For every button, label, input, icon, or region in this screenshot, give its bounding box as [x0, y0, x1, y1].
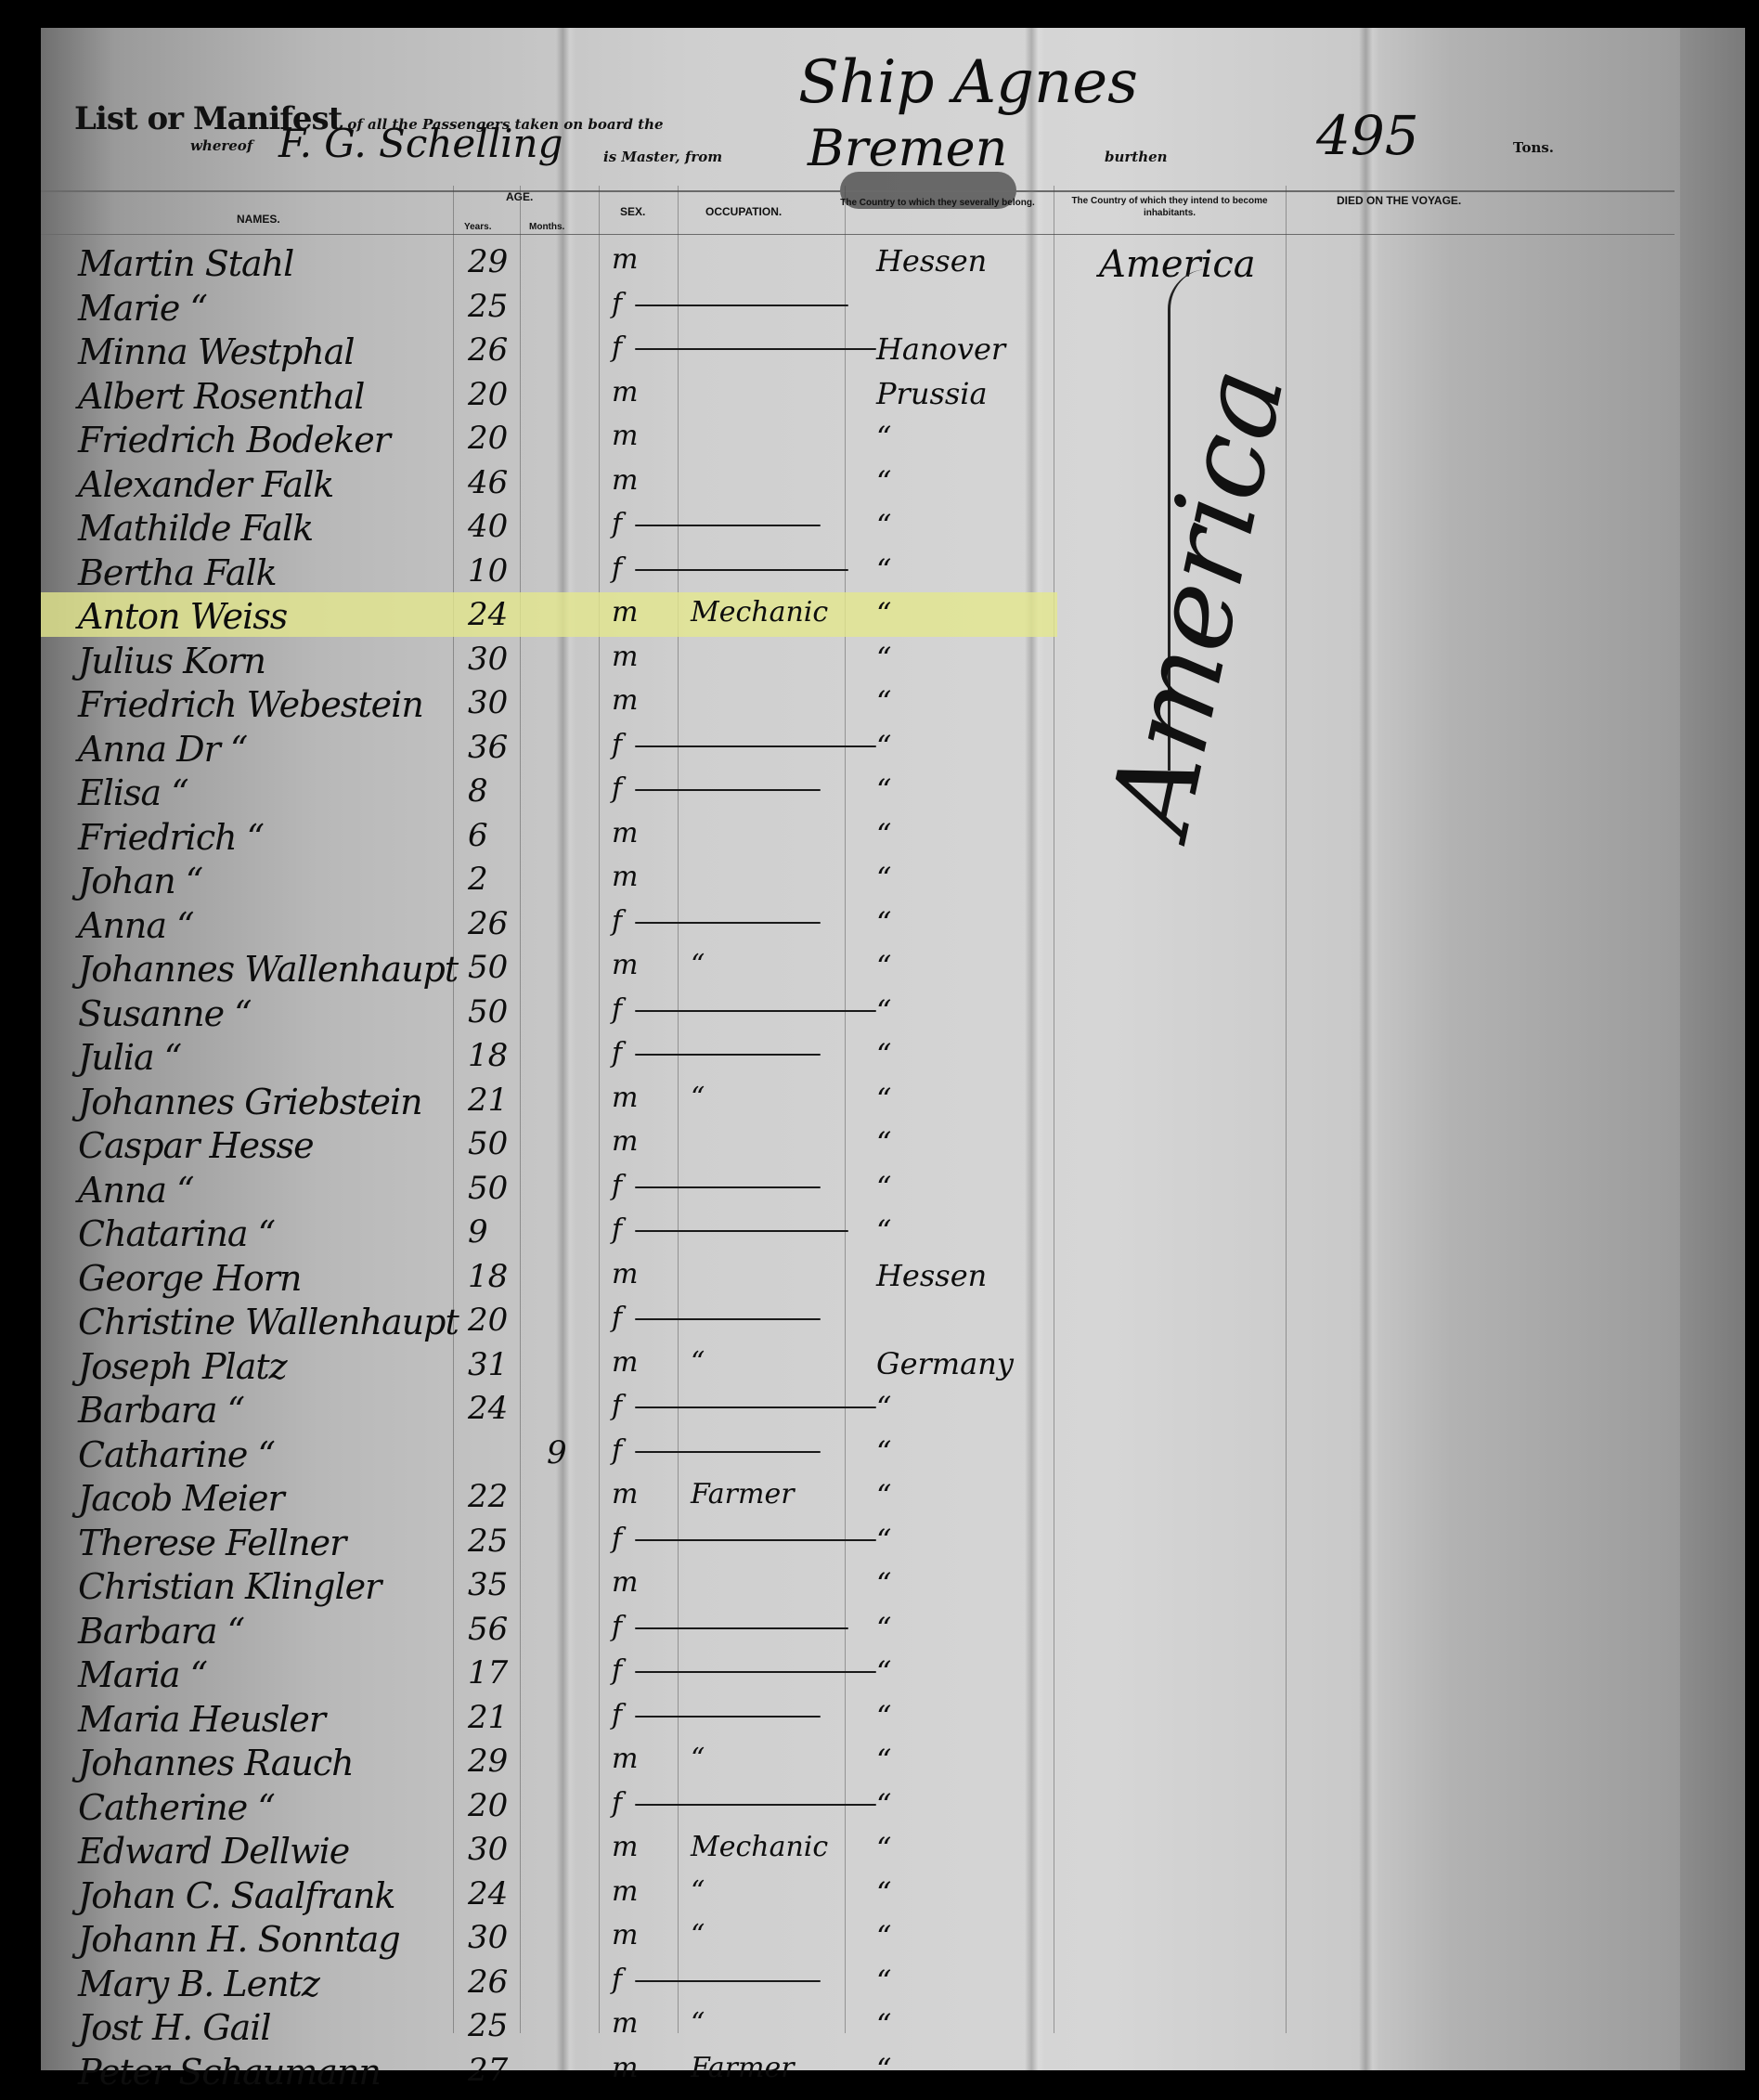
passenger-row[interactable]: Johann H. Sonntag 30 m “ “ [41, 1915, 1675, 1960]
passenger-country-from: Hessen [876, 243, 987, 279]
passenger-age-years: 50 [468, 993, 508, 1031]
passenger-country-from: “ [876, 1611, 891, 1646]
passenger-age-years: 21 [468, 1082, 508, 1119]
passenger-country-from: “ [876, 772, 891, 808]
passenger-row[interactable]: Caspar Hesse 50 m “ [41, 1121, 1675, 1166]
passenger-sex: m [612, 1831, 638, 1863]
passenger-name: Johannes Rauch [78, 1743, 354, 1783]
passenger-name: Mary B. Lentz [78, 1964, 319, 2004]
passenger-name: Johannes Wallenhaupt [78, 949, 458, 990]
passenger-row[interactable]: Barbara “ 56 f “ [41, 1607, 1675, 1652]
passenger-row[interactable]: Julius Korn 30 m “ [41, 637, 1675, 681]
passenger-row[interactable]: Therese Fellner 25 f “ [41, 1519, 1675, 1563]
passenger-occupation: Mechanic [691, 1831, 828, 1863]
col-died: DIED ON THE VOYAGE. [1337, 195, 1461, 207]
ditto-line [635, 1318, 821, 1320]
passenger-age-years: 50 [468, 1125, 508, 1162]
burthen-label: burthen [1105, 149, 1168, 165]
passenger-age-years: 24 [468, 1875, 508, 1912]
passenger-age-years: 36 [468, 729, 508, 766]
passenger-country-from: “ [876, 1082, 891, 1117]
ditto-line [635, 1010, 876, 1012]
header-rule [41, 234, 1675, 235]
col-months: Months. [529, 221, 564, 233]
passenger-sex: f [612, 1523, 622, 1555]
passenger-sex: f [612, 729, 622, 761]
passenger-sex: m [612, 641, 638, 673]
ditto-line [635, 1671, 876, 1673]
passenger-age-years: 20 [468, 1302, 508, 1339]
col-country-inhabit: The Country of which they intend to beco… [1058, 195, 1281, 219]
passenger-name: Alexander Falk [78, 464, 333, 505]
passenger-country-from: “ [876, 1699, 891, 1734]
passenger-sex: f [612, 1611, 622, 1643]
passenger-row[interactable]: Anna Dr “ 36 f “ [41, 725, 1675, 770]
passenger-sex: f [612, 288, 622, 320]
passenger-name: Anna “ [78, 1170, 194, 1211]
passenger-country-from: “ [876, 1213, 891, 1249]
passenger-age-years: 18 [468, 1037, 508, 1074]
passenger-sex: m [612, 684, 638, 717]
passenger-sex: f [612, 1964, 622, 1996]
passenger-row[interactable]: Alexander Falk 46 m “ [41, 460, 1675, 505]
passenger-sex: m [612, 1743, 638, 1775]
passenger-sex: m [612, 949, 638, 981]
passenger-name: Christine Wallenhaupt [78, 1302, 459, 1342]
passenger-name: Barbara “ [78, 1390, 244, 1431]
passenger-country-from: “ [876, 1125, 891, 1160]
passenger-name: Julius Korn [78, 641, 265, 681]
passenger-country-from: “ [876, 508, 891, 543]
passenger-row[interactable]: Maria Heusler 21 f “ [41, 1695, 1675, 1740]
master-name: F. G. Schelling [278, 121, 563, 166]
passenger-age-years: 50 [468, 1170, 508, 1207]
passenger-age-years: 50 [468, 949, 508, 986]
passenger-age-years: 26 [468, 331, 508, 369]
passenger-sex: f [612, 1434, 622, 1467]
passenger-row[interactable]: Catherine “ 20 f “ [41, 1783, 1675, 1828]
ditto-line [635, 305, 848, 306]
passenger-country-from: “ [876, 1523, 891, 1558]
passenger-sex: m [612, 1875, 638, 1908]
passenger-country-from: “ [876, 817, 891, 852]
passenger-name: Edward Dellwie [78, 1831, 349, 1872]
passenger-country-from: “ [876, 1566, 891, 1601]
passenger-sex: f [612, 1699, 622, 1731]
passenger-row[interactable]: Johannes Griebstein 21 m “ “ [41, 1078, 1675, 1122]
passenger-age-years: 35 [468, 1566, 508, 1603]
ditto-line [635, 1627, 848, 1629]
passenger-country-from: “ [876, 596, 891, 631]
passenger-age-years: 20 [468, 420, 508, 457]
passenger-row[interactable]: Edward Dellwie 30 m Mechanic “ [41, 1827, 1675, 1872]
port-of-departure: Bremen [808, 119, 1007, 177]
ditto-line [635, 1230, 848, 1232]
ditto-line [635, 1406, 876, 1408]
passenger-age-years: 26 [468, 905, 508, 942]
is-master-label: is Master, from [603, 149, 722, 165]
passenger-name: Mathilde Falk [78, 508, 313, 549]
passenger-age-years: 2 [468, 861, 488, 898]
passenger-row[interactable]: Johan C. Saalfrank 24 m “ “ [41, 1872, 1675, 1916]
passenger-name: Bertha Falk [78, 552, 277, 593]
passenger-age-years: 56 [468, 1611, 508, 1648]
passenger-age-years: 40 [468, 508, 508, 545]
passenger-country-from: “ [876, 1390, 891, 1425]
passenger-age-years: 20 [468, 376, 508, 413]
passenger-name: Elisa “ [78, 772, 188, 813]
passenger-row[interactable]: Anton Weiss 24 m Mechanic “ [41, 592, 1057, 637]
whereof-label: whereof [190, 137, 252, 154]
passenger-country-from: “ [876, 1037, 891, 1072]
passenger-name: Barbara “ [78, 1611, 244, 1652]
passenger-age-years: 46 [468, 464, 508, 501]
passenger-name: Friedrich “ [78, 817, 264, 858]
passenger-country-from: “ [876, 1831, 891, 1866]
tonnage-value: 495 [1316, 104, 1419, 167]
passenger-name: Joseph Platz [78, 1346, 287, 1387]
passenger-row[interactable]: George Horn 18 m Hessen [41, 1254, 1675, 1299]
passenger-country-from: “ [876, 1170, 891, 1205]
passenger-sex: m [612, 2052, 638, 2084]
passenger-sex: m [612, 1082, 638, 1114]
passenger-name: Jacob Meier [78, 1478, 284, 1519]
passenger-name: Jost H. Gail [78, 2007, 271, 2048]
passenger-sex: f [612, 1170, 622, 1202]
passenger-name: Friedrich Bodeker [78, 420, 390, 460]
passenger-occupation: “ [691, 1875, 705, 1908]
passenger-name: Chatarina “ [78, 1213, 275, 1254]
passenger-country-from: Hanover [876, 331, 1005, 367]
passenger-country-from: “ [876, 464, 891, 499]
ditto-line [635, 569, 848, 571]
vessel-name: Ship Agnes [798, 48, 1138, 117]
col-names: NAMES. [237, 214, 280, 226]
ditto-line [635, 922, 821, 924]
passenger-name: Catharine “ [78, 1434, 275, 1475]
passenger-country-from: “ [876, 1787, 891, 1822]
passenger-country-from: “ [876, 2052, 891, 2087]
passenger-age-years: 25 [468, 288, 508, 325]
col-years: Years. [464, 221, 491, 233]
passenger-row[interactable]: Johannes Rauch 29 m “ “ [41, 1739, 1675, 1783]
passenger-sex: f [612, 1654, 622, 1687]
passenger-name: Johan C. Saalfrank [78, 1875, 395, 1916]
ditto-line [635, 348, 876, 350]
passenger-age-years: 29 [468, 1743, 508, 1780]
passenger-country-from: “ [876, 1743, 891, 1778]
passenger-row[interactable]: Minna Westphal 26 f Hanover [41, 328, 1675, 372]
passenger-age-years: 20 [468, 1787, 508, 1824]
passenger-country-from: “ [876, 905, 891, 940]
passenger-name: Anton Weiss [78, 596, 287, 637]
passenger-name: Anna “ [78, 905, 194, 946]
passenger-sex: f [612, 1390, 622, 1422]
passenger-row[interactable]: Johannes Wallenhaupt 50 m “ “ [41, 945, 1675, 990]
passenger-sex: f [612, 331, 622, 364]
passenger-age-years: 30 [468, 684, 508, 721]
passenger-occupation: Farmer [691, 2052, 795, 2084]
passenger-country-to: America [1099, 243, 1256, 286]
ditto-line [635, 745, 876, 747]
ditto-line [635, 1716, 821, 1718]
passenger-country-from: Hessen [876, 1258, 987, 1293]
passenger-name: Friedrich Webestein [78, 684, 423, 725]
passenger-occupation: Mechanic [691, 596, 828, 629]
passenger-row[interactable]: Barbara “ 24 f “ [41, 1386, 1675, 1431]
passenger-occupation: “ [691, 2007, 705, 2040]
passenger-sex: m [612, 817, 638, 849]
col-occupation: OCCUPATION. [705, 206, 782, 218]
passenger-name: Christian Klingler [78, 1566, 381, 1607]
passenger-list: Martin Stahl 29 m Hessen America Marie “… [41, 240, 1675, 2092]
passenger-row[interactable]: Martin Stahl 29 m Hessen America [41, 240, 1675, 284]
ditto-line [635, 1186, 821, 1188]
passenger-name: Johan “ [78, 861, 202, 901]
passenger-name: Julia “ [78, 1037, 181, 1078]
passenger-row[interactable]: Susanne “ 50 f “ [41, 990, 1675, 1034]
passenger-row[interactable]: Mathilde Falk 40 f “ [41, 504, 1675, 549]
passenger-sex: m [612, 464, 638, 497]
passenger-row[interactable]: Chatarina “ 9 f “ [41, 1210, 1675, 1254]
passenger-age-years: 29 [468, 243, 508, 280]
passenger-country-from: Germany [876, 1346, 1014, 1381]
passenger-sex: m [612, 376, 638, 408]
passenger-sex: m [612, 420, 638, 452]
passenger-sex: m [612, 1258, 638, 1290]
passenger-sex: m [612, 596, 638, 629]
passenger-country-from: “ [876, 1964, 891, 1999]
passenger-name: George Horn [78, 1258, 301, 1299]
passenger-sex: m [612, 1566, 638, 1599]
ditto-line [635, 525, 821, 526]
passenger-age-years: 8 [468, 772, 488, 810]
passenger-row[interactable]: Anna “ 26 f “ [41, 901, 1675, 946]
passenger-age-years: 17 [468, 1654, 508, 1692]
passenger-country-from: “ [876, 949, 891, 984]
passenger-country-from: “ [876, 420, 891, 455]
passenger-age-years: 25 [468, 1523, 508, 1560]
passenger-occupation: Farmer [691, 1478, 795, 1510]
passenger-occupation: “ [691, 949, 705, 981]
passenger-sex: m [612, 861, 638, 893]
passenger-name: Anna Dr “ [78, 729, 247, 770]
passenger-row[interactable]: Anna “ 50 f “ [41, 1166, 1675, 1211]
passenger-occupation: “ [691, 1743, 705, 1775]
passenger-country-from: “ [876, 552, 891, 588]
passenger-name: Albert Rosenthal [78, 376, 364, 417]
passenger-country-from: “ [876, 993, 891, 1029]
passenger-age-years: 30 [468, 1919, 508, 1956]
passenger-row[interactable]: Catharine “ 9 f “ [41, 1431, 1675, 1475]
passenger-name: Susanne “ [78, 993, 252, 1034]
passenger-name: Therese Fellner [78, 1523, 345, 1563]
passenger-row[interactable]: Mary B. Lentz 26 f “ [41, 1960, 1675, 2004]
tons-label: Tons. [1513, 139, 1554, 156]
passenger-country-from: “ [876, 729, 891, 764]
passenger-row[interactable]: Johan “ 2 m “ [41, 857, 1675, 901]
passenger-name: Johannes Griebstein [78, 1082, 422, 1122]
ditto-line [635, 1451, 821, 1453]
passenger-row[interactable]: Jost H. Gail 25 m “ “ [41, 2003, 1675, 2048]
passenger-sex: f [612, 508, 622, 540]
passenger-age-years: 30 [468, 1831, 508, 1868]
passenger-name: Martin Stahl [78, 243, 293, 284]
passenger-row[interactable]: Friedrich “ 6 m “ [41, 813, 1675, 858]
passenger-sex: f [612, 1302, 622, 1334]
passenger-country-from: “ [876, 641, 891, 676]
passenger-row[interactable]: Elisa “ 8 f “ [41, 769, 1675, 813]
passenger-country-from: Prussia [876, 376, 988, 411]
passenger-age-years: 9 [468, 1213, 488, 1251]
passenger-country-from: “ [876, 1919, 891, 1954]
passenger-occupation: “ [691, 1346, 705, 1379]
passenger-age-years: 22 [468, 1478, 508, 1515]
passenger-row[interactable]: Marie “ 25 f [41, 284, 1675, 329]
passenger-name: Maria “ [78, 1654, 207, 1695]
passenger-name: Minna Westphal [78, 331, 355, 372]
passenger-name: Marie “ [78, 288, 207, 329]
passenger-country-from: “ [876, 1875, 891, 1911]
passenger-country-from: “ [876, 1434, 891, 1470]
ditto-line [635, 1804, 876, 1806]
passenger-name: Peter Schaumann [78, 2052, 381, 2093]
passenger-age-years: 24 [468, 1390, 508, 1427]
passenger-sex: m [612, 1346, 638, 1379]
passenger-age-years: 27 [468, 2052, 508, 2089]
passenger-sex: m [612, 2007, 638, 2040]
passenger-sex: f [612, 552, 622, 585]
ditto-line [635, 1054, 821, 1056]
passenger-sex: f [612, 1787, 622, 1820]
passenger-age-years: 24 [468, 596, 508, 633]
passenger-occupation: “ [691, 1919, 705, 1951]
passenger-country-from: “ [876, 1654, 891, 1690]
passenger-name: Catherine “ [78, 1787, 275, 1828]
passenger-row[interactable]: Albert Rosenthal 20 m Prussia [41, 372, 1675, 417]
passenger-age-years: 30 [468, 641, 508, 678]
col-sex: SEX. [620, 206, 645, 218]
passenger-country-from: “ [876, 1478, 891, 1513]
passenger-country-from: “ [876, 861, 891, 896]
col-country-belong: The Country to which they severally belo… [840, 197, 1035, 209]
paper-edge [1680, 28, 1745, 2070]
passenger-sex: f [612, 993, 622, 1026]
passenger-sex: f [612, 772, 622, 805]
passenger-sex: f [612, 905, 622, 938]
passenger-age-years: 10 [468, 552, 508, 590]
passenger-sex: f [612, 1213, 622, 1246]
header-rule [41, 190, 1675, 192]
passenger-age-years: 6 [468, 817, 488, 854]
passenger-sex: m [612, 1919, 638, 1951]
passenger-row[interactable]: Friedrich Bodeker 20 m “ [41, 416, 1675, 460]
passenger-name: Caspar Hesse [78, 1125, 314, 1166]
passenger-age-years: 31 [468, 1346, 508, 1383]
passenger-row[interactable]: Jacob Meier 22 m Farmer “ [41, 1474, 1675, 1519]
passenger-sex: m [612, 1478, 638, 1510]
passenger-row[interactable]: Joseph Platz 31 m “ Germany [41, 1342, 1675, 1387]
passenger-age-years: 18 [468, 1258, 508, 1295]
passenger-row[interactable]: Julia “ 18 f “ [41, 1033, 1675, 1078]
ditto-line [635, 789, 821, 791]
passenger-row[interactable]: Christian Klingler 35 m “ [41, 1562, 1675, 1607]
passenger-sex: f [612, 1037, 622, 1069]
passenger-occupation: “ [691, 1082, 705, 1114]
passenger-age-years: 21 [468, 1699, 508, 1736]
ditto-line [635, 1539, 876, 1541]
ditto-line [635, 1980, 821, 1982]
passenger-age-years: 26 [468, 1964, 508, 2001]
passenger-age-months: 9 [547, 1434, 567, 1471]
passenger-name: Johann H. Sonntag [78, 1919, 400, 1960]
passenger-sex: m [612, 243, 638, 276]
passenger-row[interactable]: Friedrich Webestein 30 m “ [41, 681, 1675, 725]
passenger-country-from: “ [876, 684, 891, 719]
passenger-name: Maria Heusler [78, 1699, 325, 1740]
passenger-country-from: “ [876, 2007, 891, 2042]
passenger-row[interactable]: Christine Wallenhaupt 20 f [41, 1298, 1675, 1342]
passenger-sex: m [612, 1125, 638, 1158]
passenger-row[interactable]: Peter Schaumann 27 m Farmer “ [41, 2048, 1675, 2093]
passenger-row[interactable]: Bertha Falk 10 f “ [41, 549, 1675, 593]
passenger-age-years: 25 [468, 2007, 508, 2044]
passenger-row[interactable]: Maria “ 17 f “ [41, 1651, 1675, 1695]
